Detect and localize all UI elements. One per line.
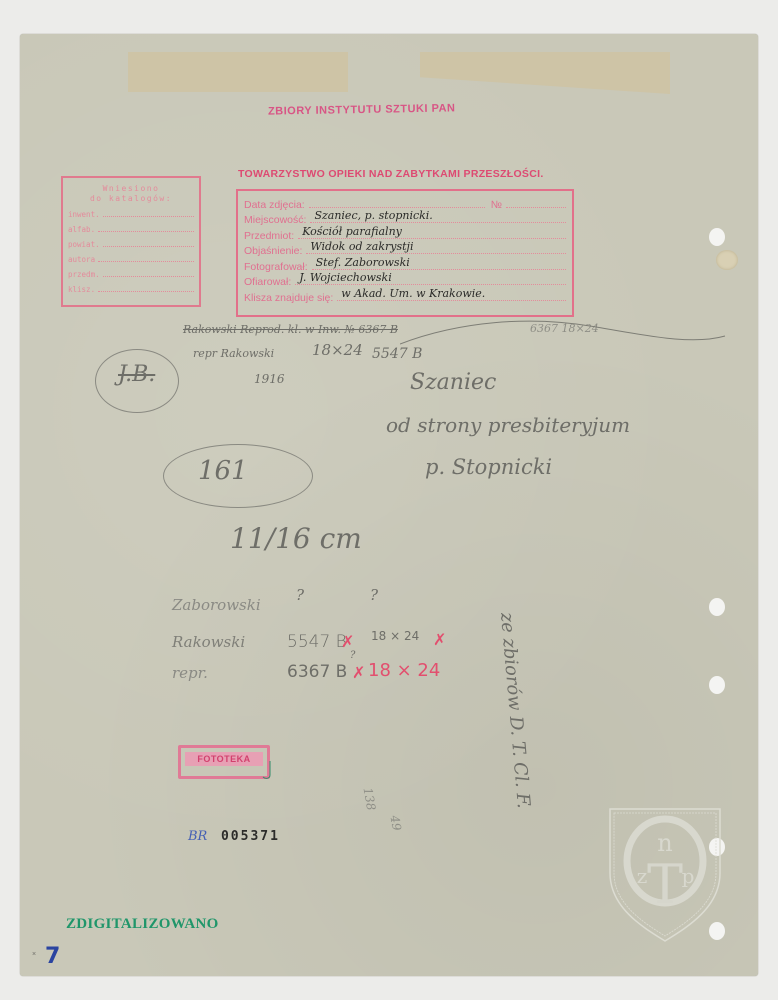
catalog-stamp: Wniesiono do katalogów: inwent. alfab. p… — [61, 176, 201, 307]
society-logo-watermark: n T z p — [606, 803, 724, 943]
catalog-row: klisz. — [63, 279, 199, 294]
fototeka-stamp: FOTOTEKA — [178, 745, 270, 779]
table-row-size: 18 × 24 — [371, 629, 419, 643]
pencil-note-number: 5547 B — [372, 346, 422, 362]
small-number: 49 — [387, 814, 403, 831]
table-row-number: 5547 B — [287, 632, 347, 652]
catalog-row: powiat. — [63, 234, 199, 249]
digitized-stamp: ZDIGITALIZOWANO — [66, 916, 219, 933]
oval-number: 161 — [198, 456, 248, 486]
tape-strip-right — [420, 52, 670, 94]
table-row-name: Zaborowski — [172, 596, 261, 614]
pencil-note-repro-rakowski: repr Rakowski — [193, 347, 274, 360]
pencil-note-year: 1916 — [254, 372, 285, 386]
punch-hole — [709, 598, 725, 616]
punch-hole — [709, 228, 725, 246]
pencil-note-size: 18×24 — [312, 341, 363, 359]
tiny-mark: × — [32, 951, 36, 958]
catalog-row: przedm. — [63, 264, 199, 279]
red-x-mark: ✗ — [433, 630, 446, 649]
blue-ink-mark: 7 — [45, 944, 60, 969]
inventory-prefix: BR — [188, 829, 207, 844]
svg-text:T: T — [647, 853, 683, 916]
catalog-row: autora — [63, 249, 199, 264]
catalog-row: inwent. — [63, 204, 199, 219]
form-row-photographer: Fotografował: Stef. Zaborowski — [238, 257, 572, 273]
tape-strip-left — [128, 52, 348, 92]
catalog-row: alfab. — [63, 219, 199, 234]
svg-text:z: z — [637, 864, 648, 888]
red-x-mark: ✗ — [341, 632, 354, 651]
pencil-dimensions: 11/16 cm — [230, 522, 362, 555]
society-title: TOWARZYSTWO OPIEKI NAD ZABYTKAMI PRZESZŁ… — [238, 168, 544, 180]
form-row-plate-location: Klisza znajduje się: w Akad. Um. w Krako… — [238, 288, 572, 304]
photo-info-form: Data zdjęcia: № Miejscowość: Szaniec, p.… — [236, 189, 574, 317]
table-row-name: repr. — [172, 664, 208, 682]
pencil-strike-loop — [400, 316, 730, 356]
table-row-size-red: 18 × 24 — [368, 660, 440, 681]
svg-text:p: p — [682, 864, 695, 888]
table-row-number: ? — [296, 586, 304, 604]
table-row-name: Rakowski — [172, 633, 245, 651]
table-row-size: ? — [370, 586, 378, 604]
punch-hole — [709, 676, 725, 694]
pencil-note-reproduction: Rakowski Reprod. kl. w Inw. № 6367 B — [183, 323, 398, 336]
pencil-title-view: od strony presbiteryjum — [386, 413, 630, 437]
pencil-title-district: p. Stopnicki — [425, 455, 552, 479]
form-row-place: Miejscowość: Szaniec, p. stopnicki. — [238, 211, 572, 227]
green-check-mark — [262, 760, 274, 782]
inventory-value: 005371 — [221, 829, 280, 844]
circled-initials: J.B. — [118, 362, 155, 387]
inventory-number: BR 005371 — [188, 828, 280, 844]
pencil-title-place: Szaniec — [410, 370, 496, 395]
form-row-donor: Ofiarował: J. Wojciechowski — [238, 273, 572, 289]
query-mark: ? — [350, 650, 355, 661]
catalog-title: Wniesiono do katalogów: — [63, 184, 199, 204]
table-row-number: 6367 B — [287, 662, 347, 682]
paper-damage — [716, 250, 738, 270]
form-row-description: Objaśnienie: Widok od zakrystji — [238, 242, 572, 258]
red-x-mark: ✗ — [352, 663, 365, 682]
